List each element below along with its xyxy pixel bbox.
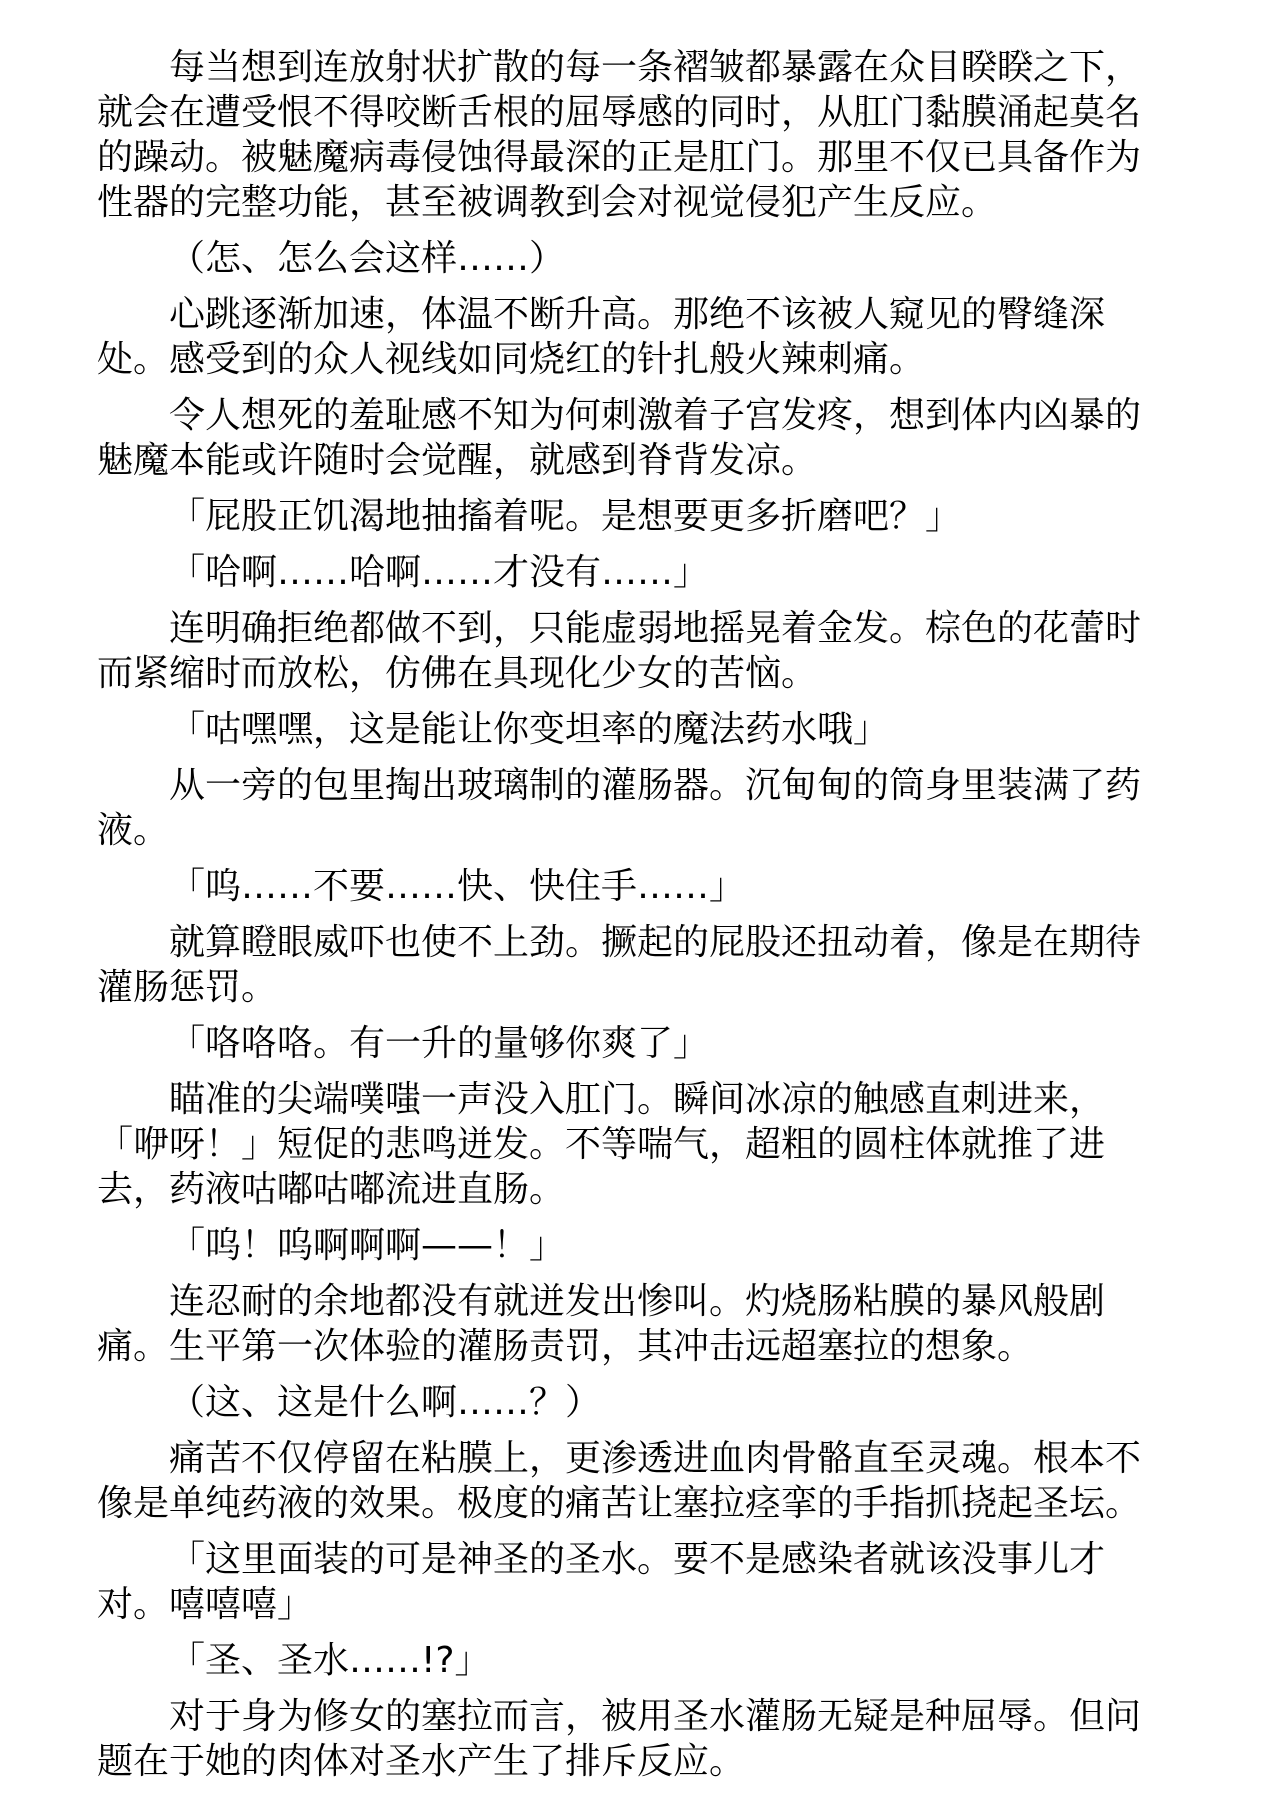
paragraph-narration: 连忍耐的余地都没有就迸发出惨叫。灼烧肠粘膜的暴风般剧 痛。生平第一次体验的灌肠责… <box>97 1279 1182 1369</box>
paragraph-dialogue: 「呜……不要……快、快住手……」 <box>97 864 1182 909</box>
paragraph-dialogue: 「这里面装的可是神圣的圣水。要不是感染者就该没事儿才 对。嘻嘻嘻」 <box>97 1537 1182 1627</box>
paragraph-dialogue: 「咕嘿嘿，这是能让你变坦率的魔法药水哦」 <box>97 707 1182 752</box>
paragraph-narration: 瞄准的尖端噗嗤一声没入肛门。瞬间冰凉的触感直刺进来， 「咿呀！」短促的悲鸣迸发。… <box>97 1077 1182 1212</box>
paragraph-dialogue: 「哈啊……哈啊……才没有……」 <box>97 550 1182 595</box>
novel-text-page: 每当想到连放射状扩散的每一条褶皱都暴露在众目睽睽之下， 就会在遭受恨不得咬断舌根… <box>0 0 1280 1794</box>
paragraph-dialogue: 「呜！呜啊啊啊——！」 <box>97 1223 1182 1268</box>
paragraph-narration: 每当想到连放射状扩散的每一条褶皱都暴露在众目睽睽之下， 就会在遭受恨不得咬断舌根… <box>97 45 1182 225</box>
paragraph-narration: 就算瞪眼威吓也使不上劲。撅起的屁股还扭动着，像是在期待 灌肠惩罚。 <box>97 920 1182 1010</box>
paragraph-narration: 心跳逐渐加速，体温不断升高。那绝不该被人窥见的臀缝深 处。感受到的众人视线如同烧… <box>97 292 1182 382</box>
paragraph-narration: 从一旁的包里掏出玻璃制的灌肠器。沉甸甸的筒身里装满了药 液。 <box>97 763 1182 853</box>
paragraph-narration: 痛苦不仅停留在粘膜上，更渗透进血肉骨骼直至灵魂。根本不 像是单纯药液的效果。极度… <box>97 1436 1182 1526</box>
paragraph-dialogue: 「圣、圣水……!?」 <box>97 1638 1182 1683</box>
paragraph-dialogue: 「屁股正饥渴地抽搐着呢。是想要更多折磨吧？」 <box>97 494 1182 539</box>
paragraph-narration: 连明确拒绝都做不到，只能虚弱地摇晃着金发。棕色的花蕾时 而紧缩时而放松，仿佛在具… <box>97 606 1182 696</box>
paragraph-thought: （这、这是什么啊……？） <box>97 1380 1182 1425</box>
paragraph-thought: （怎、怎么会这样……） <box>97 236 1182 281</box>
paragraph-dialogue: 「咯咯咯。有一升的量够你爽了」 <box>97 1021 1182 1066</box>
paragraph-narration: 令人想死的羞耻感不知为何刺激着子宫发疼，想到体内凶暴的 魅魔本能或许随时会觉醒，… <box>97 393 1182 483</box>
paragraph-narration: 对于身为修女的塞拉而言，被用圣水灌肠无疑是种屈辱。但问 题在于她的肉体对圣水产生… <box>97 1694 1182 1784</box>
